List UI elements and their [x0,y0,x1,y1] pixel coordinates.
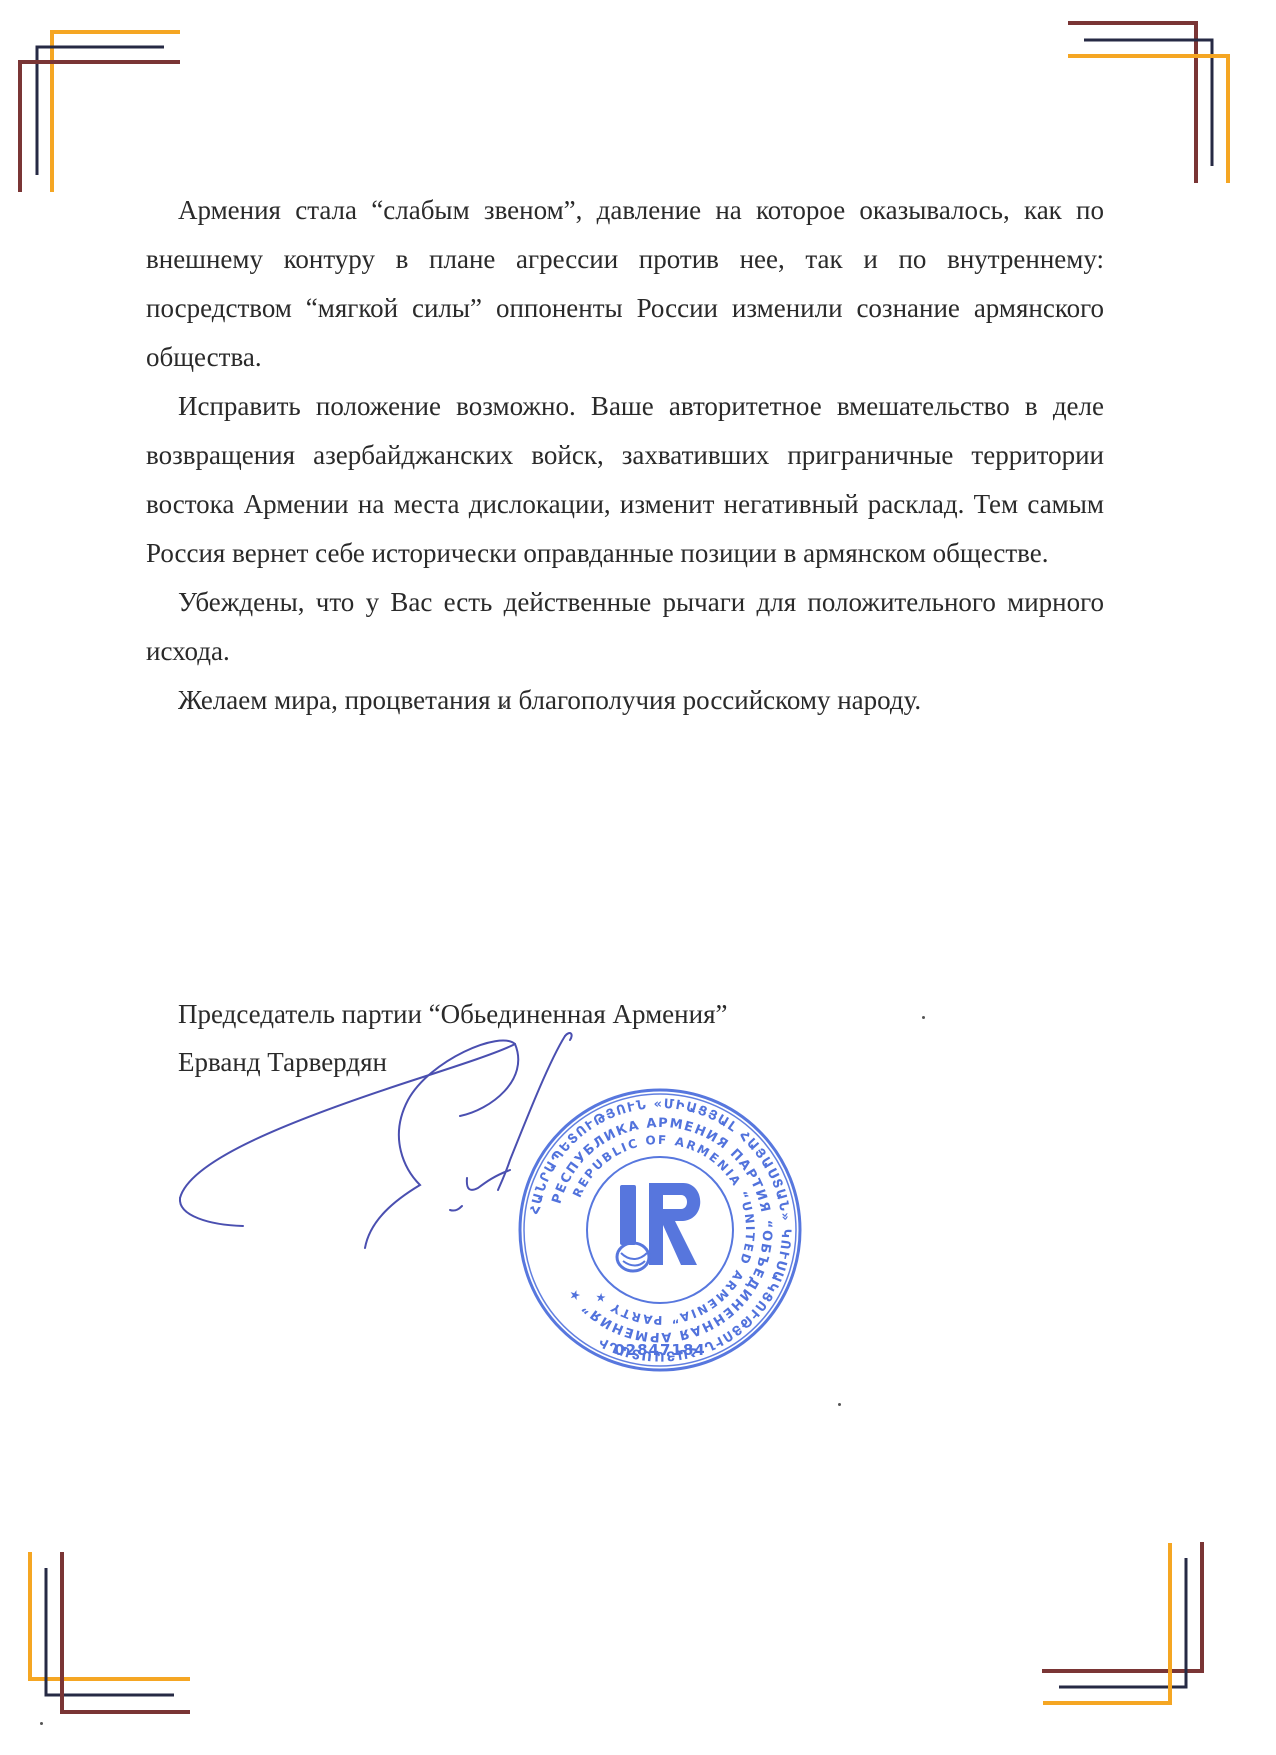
paragraph-intervention: Исправить положение возможно. Ваше автор… [146,382,1104,578]
corner-frame-top-right [1040,0,1276,200]
corner-frame-bottom-left [0,1540,200,1755]
scan-speck [40,1722,43,1725]
scan-speck [838,1403,841,1406]
paragraph-weak-link: Армения стала “слабым звеном”, давление … [146,186,1104,382]
stamp-english-text: REPUBLIC OF ARMENIA “UNITED ARMENIA” PAR… [570,1133,757,1327]
letter-body: Армения стала “слабым звеном”, давление … [146,186,1104,725]
united-armenia-logo-icon [617,1183,700,1271]
party-stamp: ՀԱՆՐԱՊԵՏՈՒԹՅՈՒՆ «ՄԻԱՑՅԱԼ ՀԱՅԱՍՏԱՆ» ԿՈՒՍԱ… [515,1085,805,1375]
corner-frame-top-left [0,0,200,200]
paragraph-levers: Убеждены, что у Вас есть действенные рыч… [146,578,1104,676]
scan-speck [922,1016,925,1019]
signatory-name: Ерванд Тарвердян [178,1038,727,1086]
stamp-registration-number: 02847184 [614,1341,706,1359]
letter-page: Армения стала “слабым звеном”, давление … [0,0,1276,1755]
paragraph-wishes: Желаем мира, процветания и благополучия … [146,676,1104,725]
corner-frame-bottom-right [1040,1540,1276,1755]
scan-speck [503,705,506,708]
signatory-title: Председатель партии “Обьединенная Армени… [178,990,727,1038]
svg-text:REPUBLIC OF ARMENIA “UNITED AR: REPUBLIC OF ARMENIA “UNITED ARMENIA” PAR… [570,1133,757,1327]
signature-block: Председатель партии “Обьединенная Армени… [178,990,727,1086]
